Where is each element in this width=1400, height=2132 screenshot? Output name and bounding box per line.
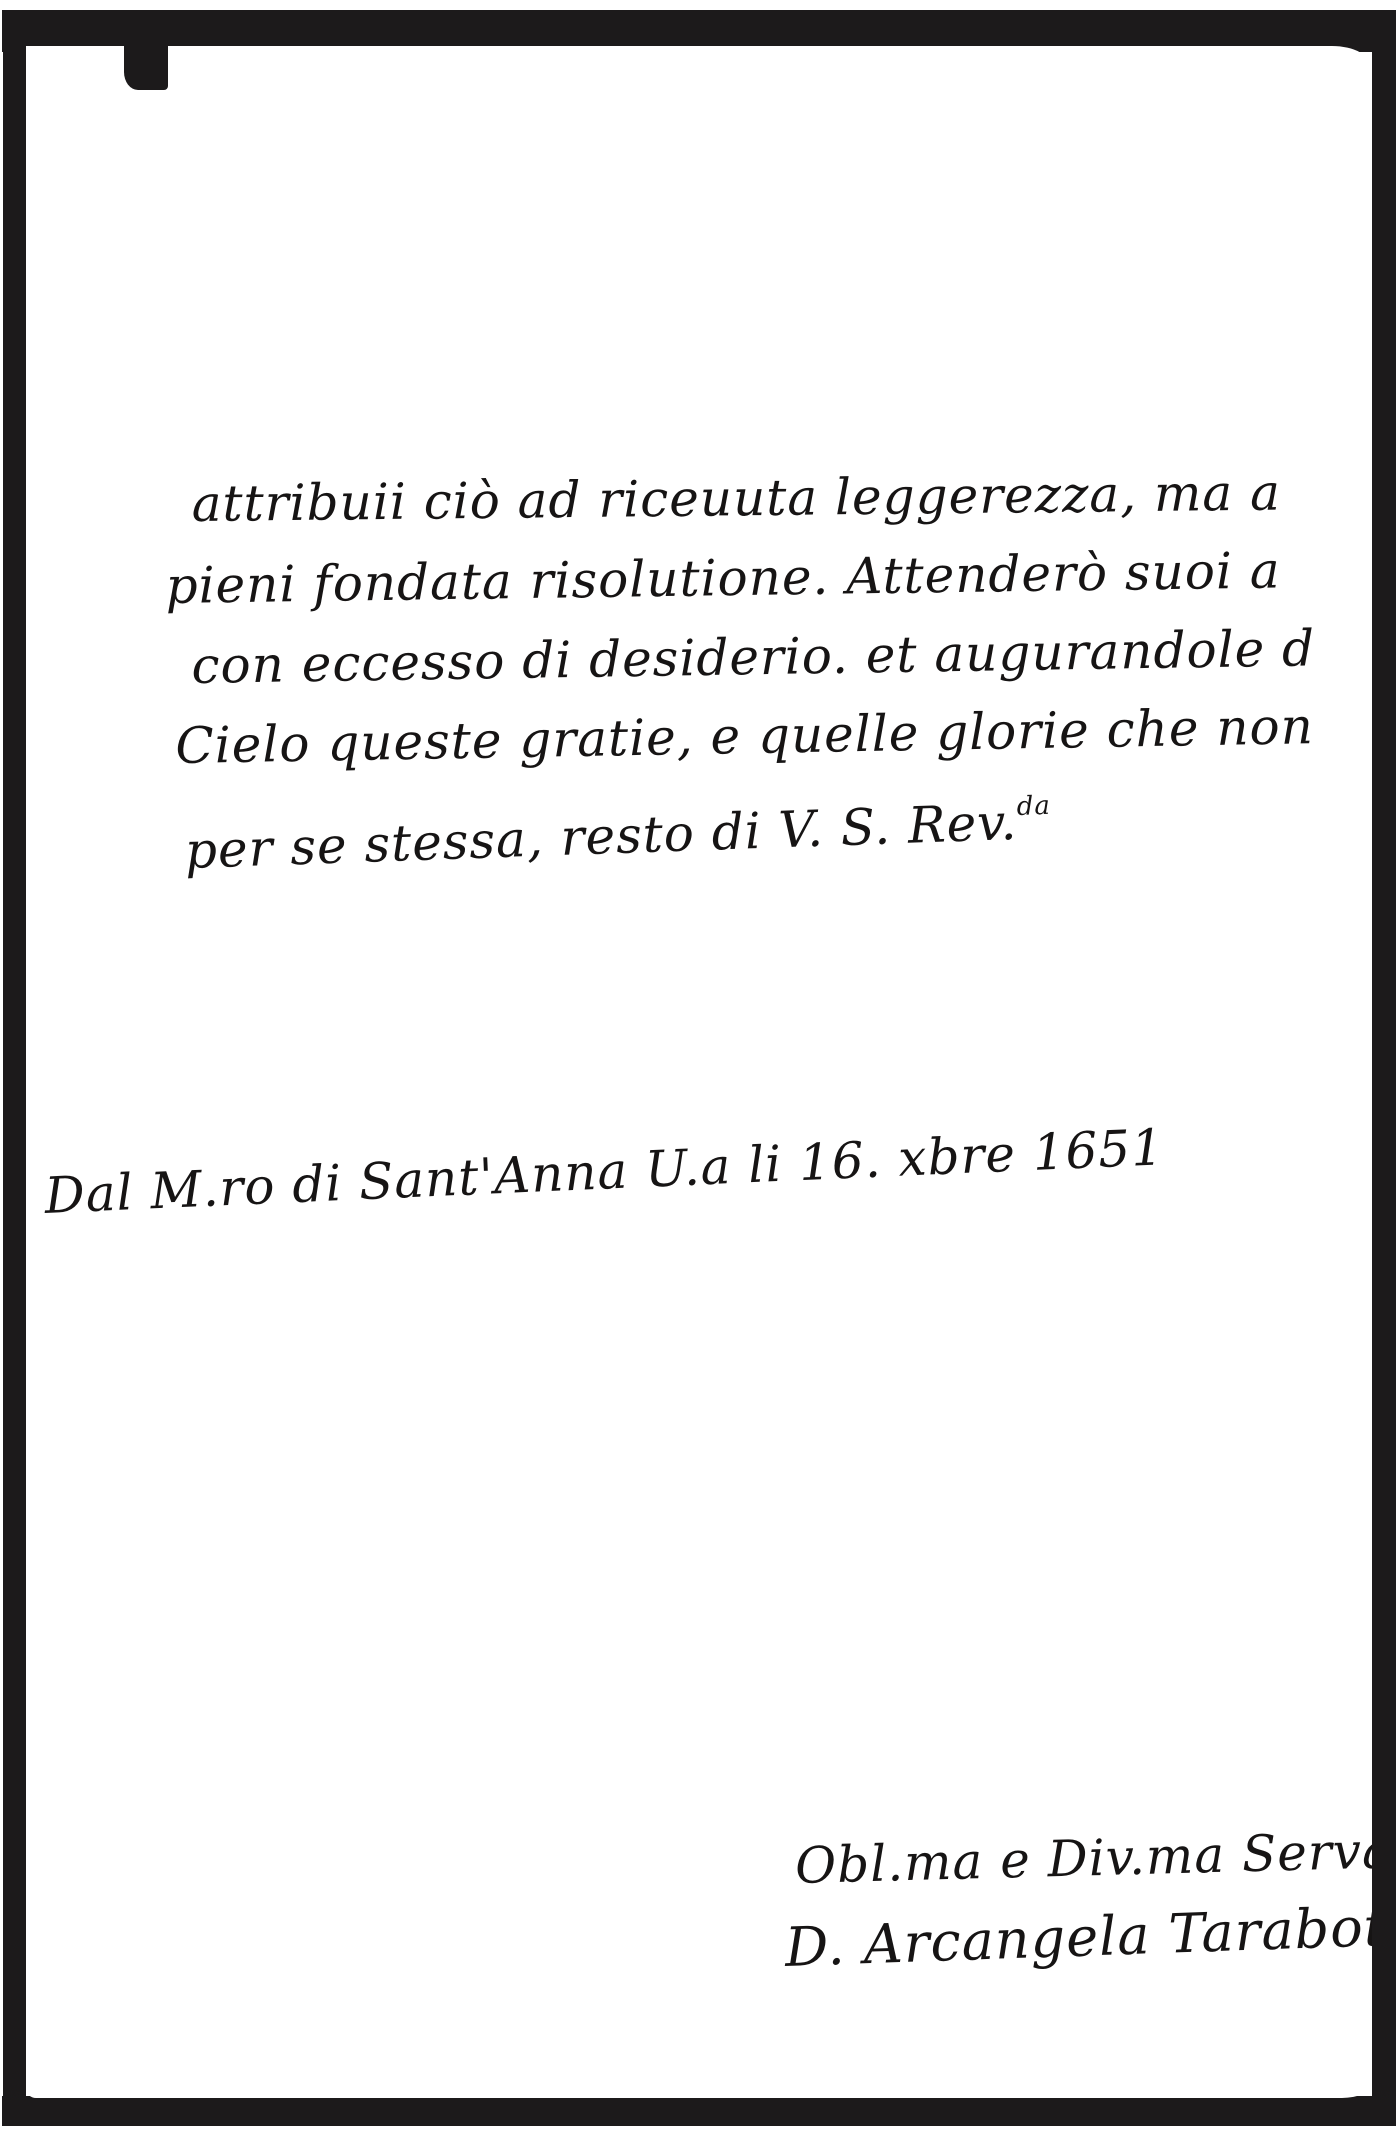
scan-border-right [1372, 10, 1396, 2126]
letter-signature-text: D. Arcangela Tarabotti [784, 1894, 1372, 1979]
document-scan: attribuii ciò ad riceuuta leggerezza, ma… [0, 0, 1400, 2132]
letter-date-line: Dal M.ro di Sant'Anna U.a li 16. xbre 16… [43, 1117, 1165, 1226]
letter-closing-line: Obl.ma e Div.ma Serva nel S. [794, 1816, 1372, 1896]
letter-body-line-1-text: attribuii ciò ad riceuuta leggerezza, ma… [191, 464, 1281, 533]
letter-body-line-1: attribuii ciò ad riceuuta leggerezza, ma… [191, 463, 1281, 534]
letter-date-line-text: Dal M.ro di Sant'Anna U.a li 16. xbre 16… [43, 1118, 1165, 1225]
letter-body-line-4-text: Cielo queste gratie, e quelle glorie che… [175, 697, 1314, 775]
letter-signature: D. Arcangela Tarabotti [784, 1896, 1372, 1978]
letter-body-line-5-text: per se stessa, resto di V. S. Rev. [184, 793, 1018, 880]
letter-closing-text: Obl.ma e Div.ma Serva nel S. [794, 1817, 1372, 1895]
scan-border-bottom [2, 2096, 1396, 2126]
letter-body-line-2: pieni fondata risolutione. Attenderò suo… [165, 540, 1281, 616]
letter-body-line-3: con eccesso di desiderio. et augurandole… [191, 618, 1315, 696]
letter-body-line-5: per se stessa, resto di V. S. Rev.da [183, 776, 1052, 881]
letter-body-line-2-text: pieni fondata risolutione. Attenderò suo… [165, 541, 1281, 615]
letter-body-line-3-text: con eccesso di desiderio. et augurandole… [191, 619, 1315, 695]
scan-border-left [3, 10, 26, 2126]
letter-body-line-4: Cielo queste gratie, e quelle glorie che… [175, 696, 1314, 776]
letter-body-line-5-superscript: da [1016, 791, 1051, 822]
letter-content: attribuii ciò ad riceuuta leggerezza, ma… [26, 46, 1372, 2098]
